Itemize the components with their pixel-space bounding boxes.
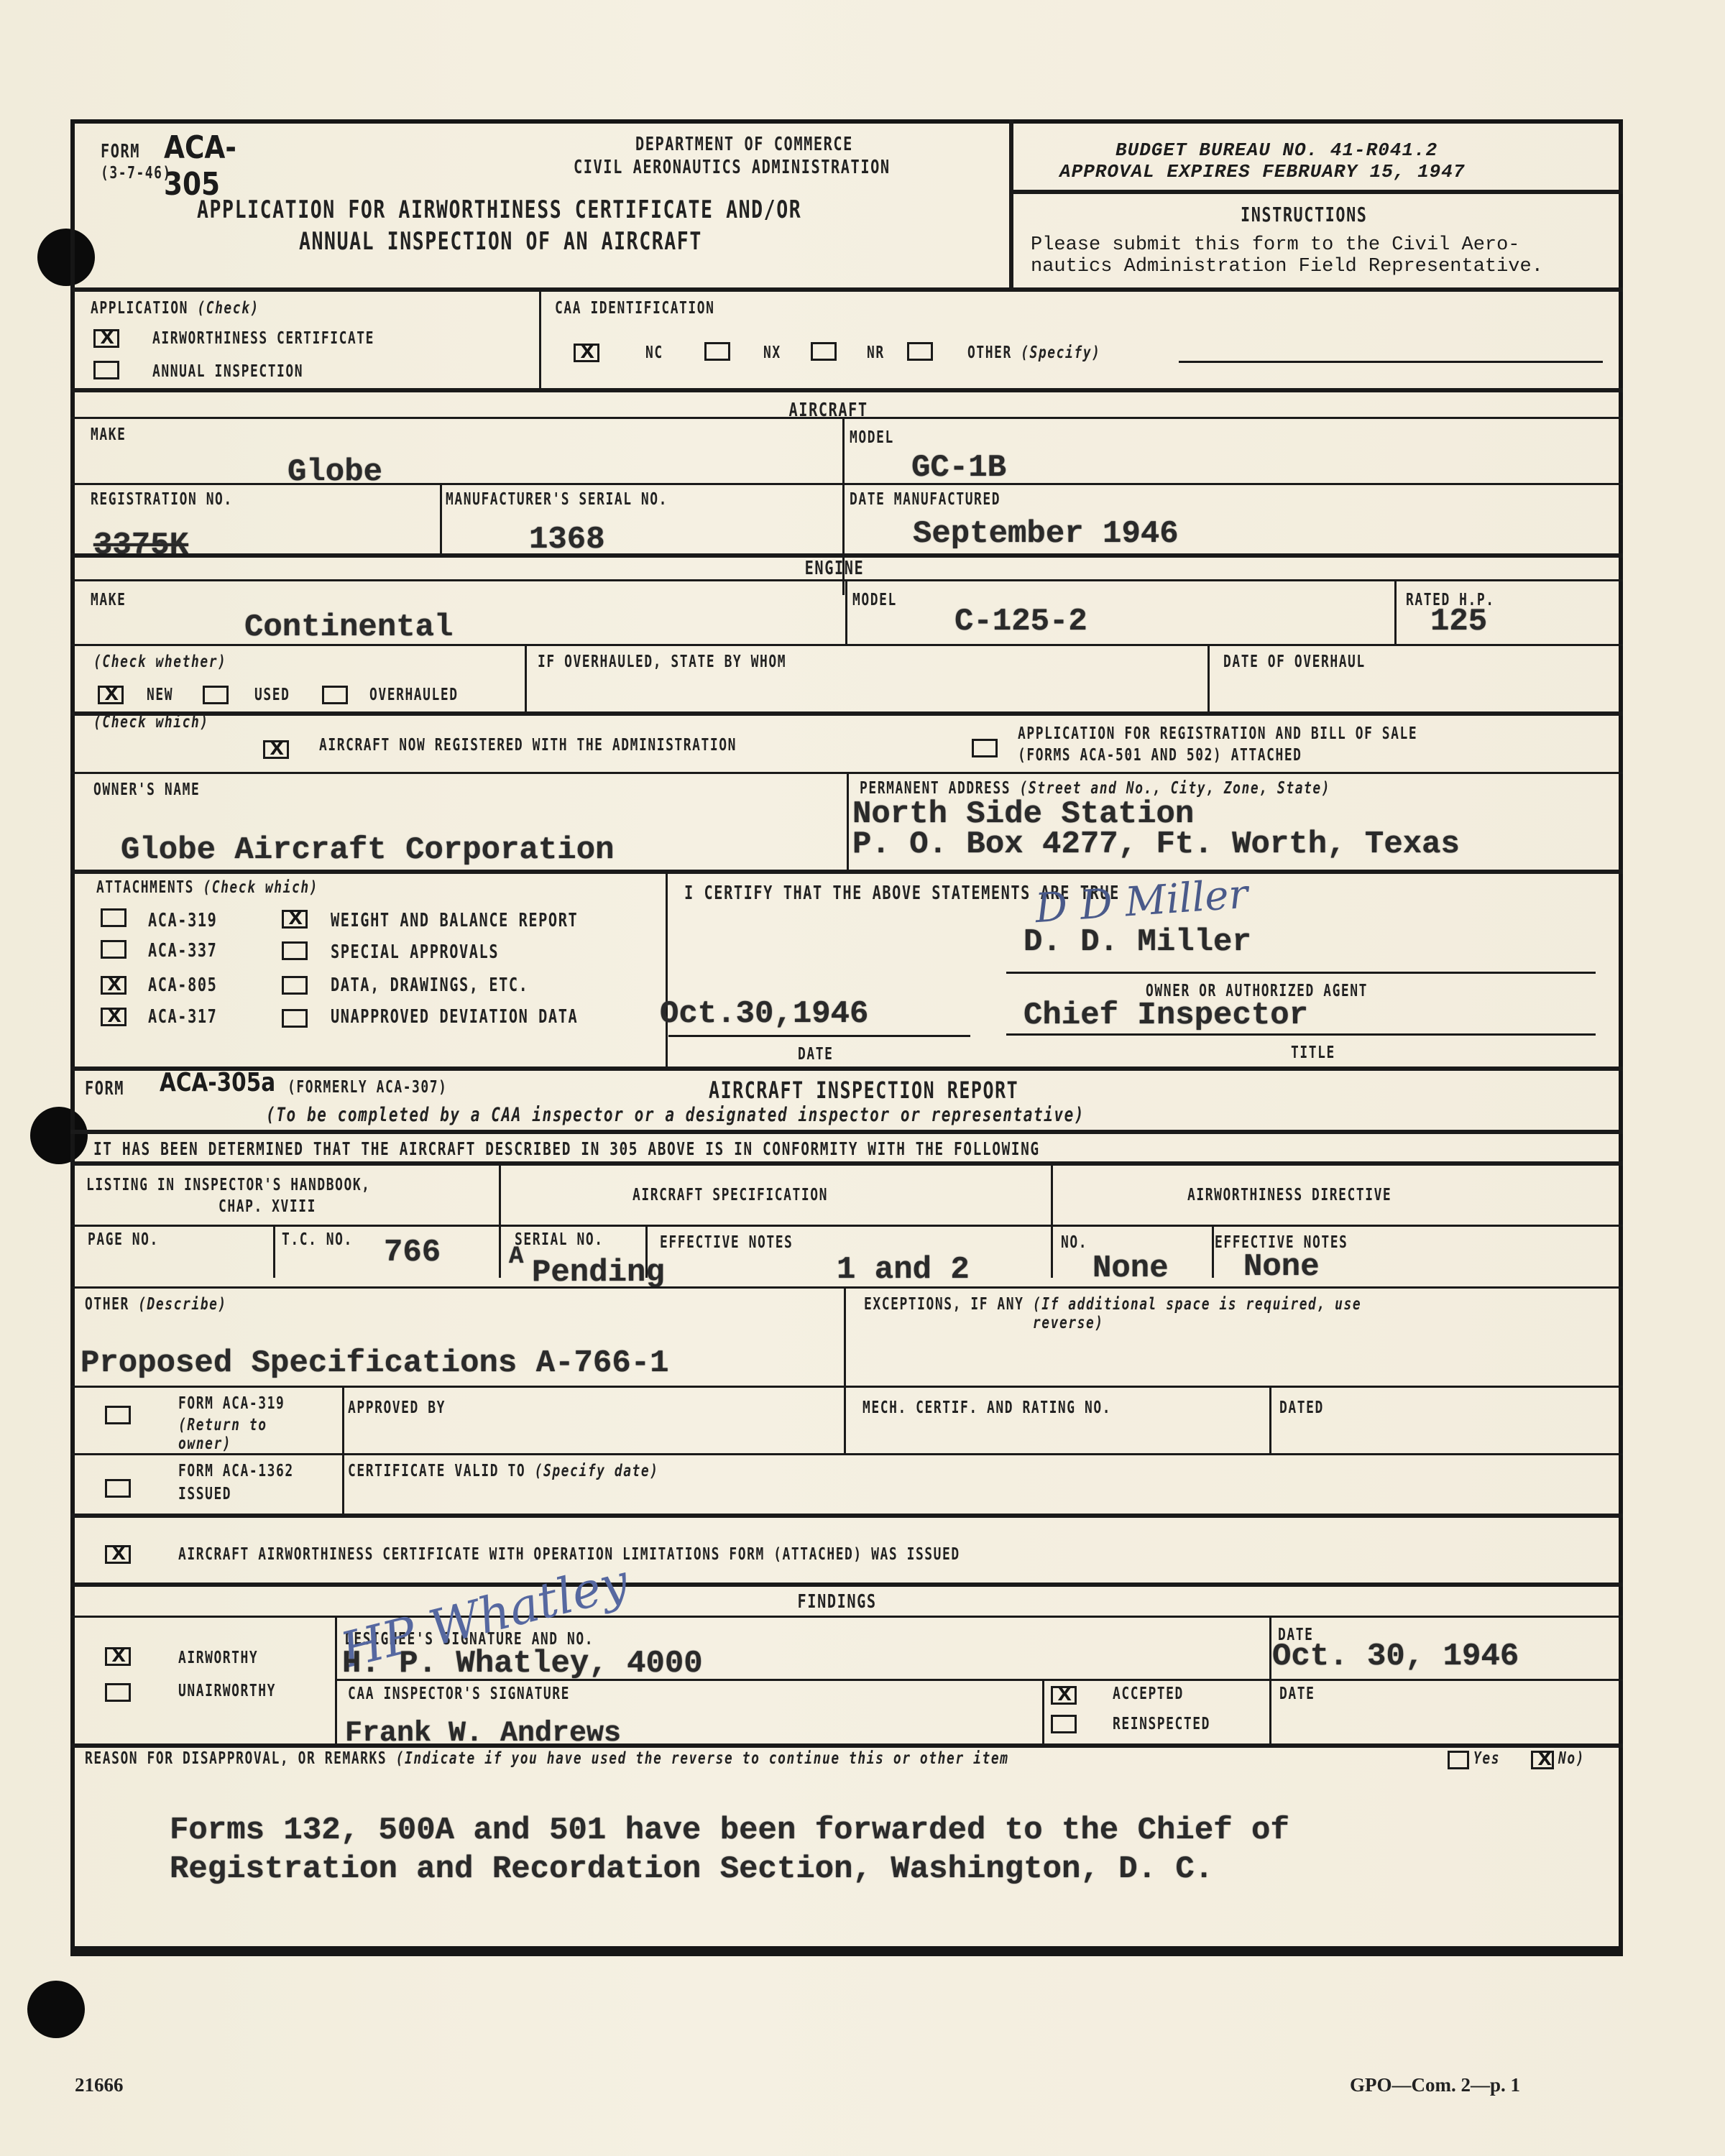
checkbox-aca-319[interactable] [101, 908, 126, 927]
remarks-hint: (Indicate if you have used the reverse t… [396, 1749, 1009, 1768]
checkbox-special-approvals[interactable] [282, 941, 308, 960]
aircraft-row-line [70, 483, 1623, 485]
inspection-subheading-text: (To be completed by a CAA inspector or a… [266, 1104, 1085, 1126]
mech-dated-divider [1269, 1386, 1271, 1455]
option-bill-of-sale-line2: (FORMS ACA-501 AND 502) ATTACHED [1018, 746, 1302, 765]
engine-make-value[interactable]: Continental [244, 609, 453, 645]
owner-name-label: OWNER'S NAME [93, 780, 200, 799]
binder-hole-bottom [27, 1981, 85, 2038]
remarks-text-area[interactable]: Forms 132, 500A and 501 have been forwar… [79, 1782, 1610, 1940]
valid-to-row-line [70, 1514, 1623, 1518]
findings-heading-line [70, 1616, 1623, 1618]
designee-row-line [335, 1679, 1623, 1681]
permanent-address-label-text: PERMANENT ADDRESS [860, 779, 1011, 798]
remarks-line2: Registration and Recordation Section, Wa… [170, 1851, 1213, 1887]
inspector-date-label: DATE [1279, 1685, 1315, 1703]
other-describe-value[interactable]: Proposed Specifications A-766-1 [80, 1345, 669, 1381]
approved-by-label: APPROVED BY [348, 1399, 446, 1417]
certification-title-underline [1006, 1033, 1596, 1036]
serial-no-label: MANUFACTURER'S SERIAL NO. [446, 490, 668, 509]
option-other-text: OTHER [967, 344, 1012, 362]
reverse-yes-label: Yes [1473, 1749, 1500, 1768]
checkbox-accepted[interactable] [1051, 1686, 1077, 1705]
inspector-status-divider [1042, 1679, 1044, 1743]
engine-model-hp-divider [1394, 579, 1397, 644]
form-title-line1: APPLICATION FOR AIRWORTHINESS CERTIFICAT… [197, 195, 801, 224]
remarks-label-text: REASON FOR DISAPPROVAL, OR REMARKS [85, 1749, 387, 1768]
budget-bureau-number: BUDGET BUREAU NO. 41-R041.2 [1115, 139, 1437, 161]
attachment-data-drawings: DATA, DRAWINGS, ETC. [331, 975, 528, 996]
certification-date-underline [668, 1035, 970, 1037]
checkbox-nc[interactable] [574, 344, 599, 362]
checkbox-nr[interactable] [811, 342, 837, 361]
handbook-divider [499, 1161, 501, 1278]
engine-make-model-divider [845, 579, 847, 644]
form-title-line2: ANNUAL INSPECTION OF AN AIRCRAFT [299, 227, 702, 256]
checkbox-nx[interactable] [704, 342, 730, 361]
certification-date-value[interactable]: Oct.30,1946 [660, 996, 868, 1032]
form319-approved-divider [342, 1386, 344, 1515]
checkbox-other[interactable] [907, 342, 933, 361]
option-airworthiness-certificate: AIRWORTHINESS CERTIFICATE [152, 329, 374, 348]
caa-identification-label: CAA IDENTIFICATION [555, 299, 714, 318]
dated-field[interactable] [1276, 1420, 1614, 1449]
spec-divider [1051, 1161, 1053, 1278]
checkbox-aca-337[interactable] [101, 940, 126, 959]
form-aca-319-hint-text: (Return to owner) [178, 1416, 268, 1453]
option-aircraft-registered: AIRCRAFT NOW REGISTERED WITH THE ADMINIS… [319, 736, 737, 755]
tc-no-label: T.C. NO. [282, 1230, 353, 1249]
remarks-line1: Forms 132, 500A and 501 have been forwar… [170, 1812, 1289, 1848]
checkbox-annual-inspection[interactable] [93, 361, 119, 379]
other-specify-field[interactable] [1179, 361, 1603, 363]
owner-bottom-line [70, 870, 1623, 874]
part1-bottom-line [70, 1067, 1623, 1071]
other-describe-label: OTHER (Describe) [85, 1295, 227, 1314]
checkbox-unapproved-deviation[interactable] [282, 1009, 308, 1028]
page-no-label: PAGE NO. [88, 1230, 159, 1249]
attachment-weight-balance: WEIGHT AND BALANCE REPORT [331, 910, 578, 931]
engine-condition-divider [525, 644, 527, 711]
engine-heading: ENGINE [805, 558, 865, 579]
other-hint: (Describe) [138, 1295, 227, 1314]
mech-cert-label: MECH. CERTIF. AND RATING NO. [862, 1399, 1111, 1417]
registration-no-value[interactable]: 3375K [93, 528, 188, 563]
engine-check-whether: (Check whether) [93, 653, 226, 671]
aircraft-model-label: MODEL [850, 428, 894, 447]
spec-serial-label: SERIAL NO. [515, 1230, 604, 1249]
overhaul-date-divider [1207, 644, 1210, 711]
checkbox-data-drawings[interactable] [282, 976, 308, 995]
checkbox-weight-balance[interactable] [282, 910, 308, 929]
checkbox-reinspected[interactable] [1051, 1715, 1077, 1733]
certification-title-caption: TITLE [1291, 1044, 1335, 1062]
handbook-label-line2: CHAP. XVIII [218, 1197, 316, 1216]
tc-no-value[interactable]: 766 [384, 1235, 441, 1271]
option-annual-inspection: ANNUAL INSPECTION [152, 362, 303, 381]
option-nc: NC [645, 344, 663, 362]
date-manufactured-value[interactable]: September 1946 [913, 516, 1179, 552]
application-label: APPLICATION (Check) [91, 299, 259, 318]
inspection-subheading: (To be completed by a CAA inspector or a… [266, 1104, 1085, 1126]
signer-underline [1006, 972, 1596, 974]
application-label-text: APPLICATION [91, 299, 188, 318]
agency-name: CIVIL AERONAUTICS ADMINISTRATION [574, 157, 891, 178]
engine-row-line [70, 644, 1623, 646]
attachment-unapproved-deviation: UNAPPROVED DEVIATION DATA [331, 1006, 578, 1028]
inspection-form-word: FORM [85, 1078, 124, 1100]
page-tc-divider [273, 1225, 275, 1278]
application-divider [539, 287, 541, 388]
form-aca-1362-label: FORM ACA-1362 [178, 1462, 294, 1480]
overhaul-date-field[interactable] [1215, 676, 1617, 707]
certification-title-value[interactable]: Chief Inspector [1023, 998, 1308, 1033]
header-divider [1009, 119, 1013, 289]
option-engine-new: NEW [147, 686, 173, 704]
form-revision-date: (3-7-46) [101, 164, 172, 183]
approval-expires: APPROVAL EXPIRES FEBRUARY 15, 1947 [1059, 161, 1466, 183]
checkbox-aca-805[interactable] [101, 976, 126, 995]
owner-name-value[interactable]: Globe Aircraft Corporation [121, 832, 615, 868]
checkbox-aca-317[interactable] [101, 1008, 126, 1026]
valid-to-label: CERTIFICATE VALID TO (Specify date) [348, 1462, 659, 1480]
exceptions-label: EXCEPTIONS, IF ANY (If additional space … [864, 1295, 1391, 1332]
address-line2-value[interactable]: P. O. Box 4277, Ft. Worth, Texas [852, 826, 1460, 862]
registration-check-which: (Check which) [93, 713, 209, 732]
printer-code: GPO—Com. 2—p. 1 [1350, 2074, 1520, 2096]
spec-header-line [70, 1225, 1623, 1227]
finding-airworthy: AIRWORTHY [178, 1649, 258, 1667]
checkbox-reverse-yes[interactable] [1448, 1751, 1469, 1769]
valid-to-field[interactable] [349, 1482, 1607, 1511]
checkbox-airworthy[interactable] [105, 1647, 131, 1666]
attachment-aca-337: ACA-337 [148, 940, 217, 962]
ad-no-value[interactable]: None [1092, 1250, 1169, 1286]
overhaul-date-label: DATE OF OVERHAUL [1223, 653, 1366, 671]
exceptions-hint: (If additional space is required, use re… [1033, 1295, 1391, 1332]
application-hint: (Check) [197, 299, 259, 318]
checkbox-certificate-issued[interactable] [105, 1545, 131, 1564]
inspection-heading: AIRCRAFT INSPECTION REPORT [709, 1077, 1018, 1104]
rated-hp-value[interactable]: 125 [1430, 604, 1487, 640]
instructions-heading: INSTRUCTIONS [1241, 203, 1368, 226]
attachments-label: ATTACHMENTS (Check which) [96, 878, 318, 897]
option-bill-of-sale-line1: APPLICATION FOR REGISTRATION AND BILL OF… [1018, 724, 1417, 743]
option-nr: NR [867, 344, 885, 362]
checkbox-engine-new[interactable] [98, 686, 124, 704]
signer-name-value[interactable]: D. D. Miller [1023, 924, 1251, 960]
date-manufactured-label: DATE MANUFACTURED [850, 490, 1000, 509]
engine-check-hint: (Check whether) [93, 653, 226, 671]
exceptions-field[interactable] [851, 1337, 1613, 1380]
reverse-no-text: No) [1558, 1749, 1585, 1768]
remarks-label: REASON FOR DISAPPROVAL, OR REMARKS (Indi… [85, 1749, 1009, 1768]
form-aca-1362-issued: ISSUED [178, 1485, 231, 1503]
spec-serial-prefix: A [509, 1243, 523, 1271]
option-nx: NX [763, 344, 781, 362]
spec-serial-notes-divider [645, 1225, 648, 1278]
instructions-line1: Please submit this form to the Civil Aer… [1031, 234, 1520, 256]
checkbox-unairworthy[interactable] [105, 1683, 131, 1702]
engine-model-value[interactable]: C-125-2 [954, 604, 1087, 640]
ad-notes-value[interactable]: None [1243, 1249, 1320, 1285]
status-accepted: ACCEPTED [1113, 1685, 1184, 1703]
option-engine-overhauled: OVERHAULED [369, 686, 459, 704]
overhauled-by-label: IF OVERHAULED, STATE BY WHOM [538, 653, 786, 671]
form-aca-319-label: FORM ACA-319 [178, 1394, 285, 1413]
certificate-issued-statement: AIRCRAFT AIRWORTHINESS CERTIFICATE WITH … [178, 1545, 960, 1564]
attachments-hint: (Check which) [203, 878, 318, 897]
attachments-label-text: ATTACHMENTS [96, 878, 194, 897]
checkbox-aircraft-registered[interactable] [263, 740, 289, 759]
checkbox-airworthiness-certificate[interactable] [93, 329, 119, 348]
approved-by-field[interactable] [349, 1420, 838, 1449]
owner-address-divider [847, 772, 849, 870]
serial-no-value[interactable]: 1368 [529, 522, 605, 558]
attachment-aca-317: ACA-317 [148, 1006, 217, 1028]
reverse-no-label: No) [1558, 1749, 1585, 1768]
engine-model-label: MODEL [852, 591, 897, 609]
attachment-aca-319: ACA-319 [148, 910, 217, 931]
engine-bottom-line [70, 711, 1623, 716]
findings-bottom-line [70, 1743, 1623, 1748]
option-other: OTHER (Specify) [967, 344, 1100, 362]
department-name: DEPARTMENT OF COMMERCE [635, 134, 853, 155]
form319-row-line [70, 1453, 1623, 1455]
valid-to-hint: (Specify date) [535, 1462, 659, 1480]
exceptions-label-text: EXCEPTIONS, IF ANY [864, 1295, 1023, 1314]
header-bottom-line [70, 287, 1623, 292]
engine-make-label: MAKE [91, 591, 126, 609]
registration-no-label: REGISTRATION NO. [91, 490, 233, 509]
document-page: FORM ACA-305 (3-7-46) DEPARTMENT OF COMM… [0, 0, 1725, 2156]
attachments-divider [666, 870, 668, 1068]
form-word: FORM [101, 141, 140, 162]
airworthiness-directive-label: AIRWORTHINESS DIRECTIVE [1187, 1186, 1391, 1204]
finding-unairworthy: UNAIRWORTHY [178, 1682, 276, 1700]
caa-inspector-label: CAA INSPECTOR'S SIGNATURE [348, 1685, 570, 1703]
designee-value[interactable]: H. P. Whatley, 4000 [342, 1646, 703, 1682]
spec-notes-label: EFFECTIVE NOTES [660, 1233, 793, 1252]
other-exceptions-divider [844, 1286, 846, 1455]
checkbox-form-aca-1362[interactable] [105, 1479, 131, 1498]
spec-row-line [70, 1286, 1623, 1289]
aircraft-model-value[interactable]: GC-1B [911, 450, 1006, 486]
status-reinspected: REINSPECTED [1113, 1715, 1210, 1733]
registration-serial-divider [440, 483, 442, 555]
inspection-heading-line [70, 1130, 1623, 1134]
option-other-hint: (Specify) [1021, 344, 1100, 362]
section-line-aircraft-top [70, 388, 1623, 392]
attachment-special-approvals: SPECIAL APPROVALS [331, 941, 499, 963]
instructions-line2: nautics Administration Field Representat… [1031, 256, 1543, 277]
designee-date-value[interactable]: Oct. 30, 1946 [1272, 1639, 1519, 1674]
inspection-form-number: ACA-305a [160, 1068, 275, 1097]
ad-no-label: NO. [1061, 1233, 1087, 1252]
permanent-address-label: PERMANENT ADDRESS (Street and No., City,… [860, 779, 1330, 798]
budget-box-bottom [1009, 190, 1623, 194]
reverse-yes-text: Yes [1473, 1749, 1500, 1768]
other-label-text: OTHER [85, 1295, 129, 1314]
attachment-aca-805: ACA-805 [148, 975, 217, 996]
aircraft-specification-label: AIRCRAFT SPECIFICATION [632, 1186, 828, 1204]
overhauled-by-field[interactable] [532, 676, 1200, 707]
permanent-address-hint: (Street and No., City, Zone, State) [1020, 779, 1331, 798]
conformity-statement: IT HAS BEEN DETERMINED THAT THE AIRCRAFT… [93, 1138, 1040, 1159]
valid-to-label-text: CERTIFICATE VALID TO [348, 1462, 525, 1480]
checkbox-engine-used[interactable] [203, 686, 229, 704]
mech-cert-field[interactable] [852, 1420, 1262, 1449]
findings-heading: FINDINGS [798, 1591, 877, 1613]
ad-no-notes-divider [1212, 1225, 1214, 1278]
option-engine-used: USED [254, 686, 290, 704]
inspection-formerly: (FORMERLY ACA-307) [287, 1078, 447, 1097]
form-aca-319-hint: (Return to owner) [178, 1416, 268, 1453]
checkbox-form-aca-319[interactable] [105, 1406, 131, 1424]
inspector-date-field[interactable] [1276, 1705, 1614, 1733]
other-row-line [70, 1386, 1623, 1388]
spec-notes-value[interactable]: 1 and 2 [837, 1252, 970, 1288]
dated-label: DATED [1279, 1399, 1324, 1417]
form-stock-number: 21666 [75, 2074, 124, 2096]
registration-check-hint: (Check which) [93, 713, 209, 732]
aircraft-make-label: MAKE [91, 425, 126, 444]
form-number: ACA-305 [164, 129, 236, 203]
conformity-line [70, 1161, 1623, 1166]
aircraft-heading-line [70, 417, 1623, 419]
checkbox-bill-of-sale[interactable] [972, 739, 998, 757]
checkbox-reverse-no[interactable] [1531, 1751, 1554, 1769]
checkbox-engine-overhauled[interactable] [322, 686, 348, 704]
issued-row-line [70, 1583, 1623, 1587]
certification-date-caption: DATE [798, 1045, 833, 1064]
handbook-label-line1: LISTING IN INSPECTOR'S HANDBOOK, [86, 1176, 371, 1194]
